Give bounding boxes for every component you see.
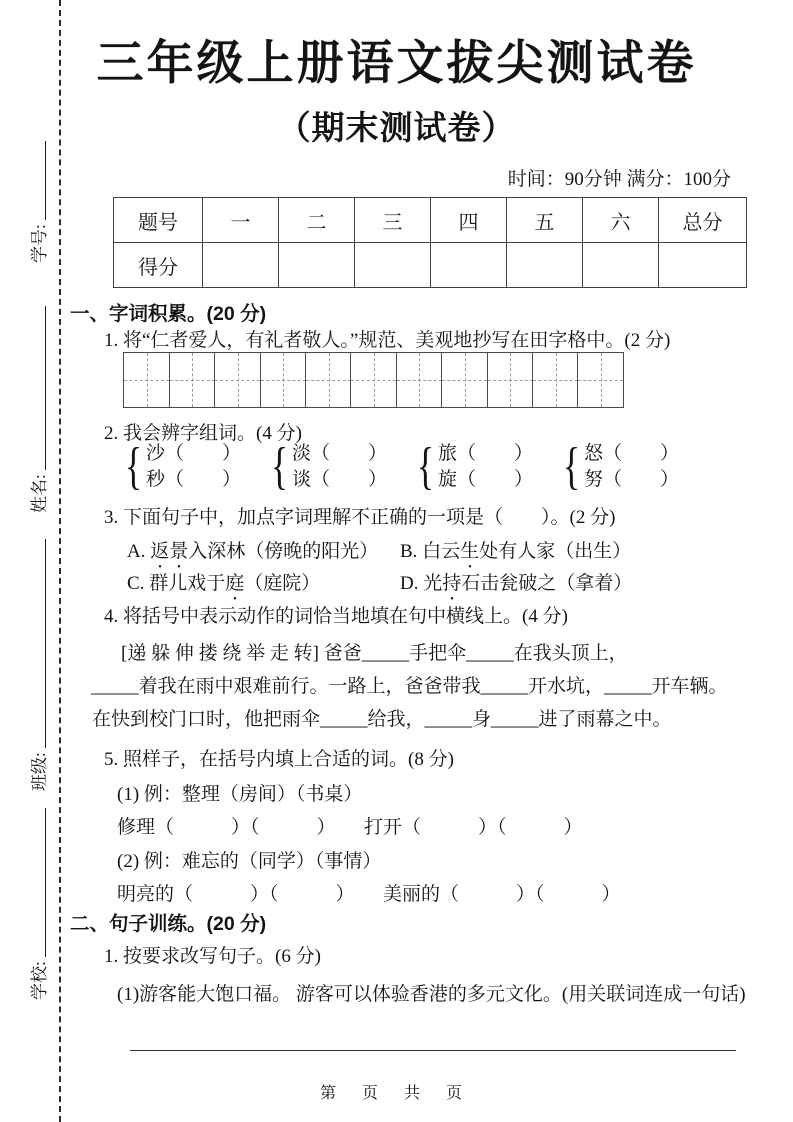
name-write-line — [45, 306, 46, 470]
tian-grid-cell — [305, 352, 352, 408]
score-table-score-row: 得分 — [114, 243, 747, 288]
q2-word-bottom: 秒（ ） — [146, 467, 241, 493]
q2-word-top: 怒（ ） — [584, 441, 679, 467]
answer-write-line — [130, 1050, 736, 1051]
score-table-header-cell: 二 — [279, 198, 355, 243]
score-cell — [431, 243, 507, 288]
score-cell — [659, 243, 747, 288]
student-number-label: 学号: — [25, 224, 50, 263]
option-letter: D. — [400, 573, 423, 594]
score-cell — [583, 243, 659, 288]
q2-word-bottom: 旋（ ） — [438, 467, 533, 493]
sidebar-field-class: 班级: — [10, 539, 50, 791]
section2-q1-text: 1. 按要求改写句子。(6 分) — [104, 941, 321, 968]
score-table-header-cell: 题号 — [114, 198, 203, 243]
tian-grid-cell — [169, 352, 216, 408]
section2-heading: 二、句子训练。(20 分) — [70, 908, 266, 936]
class-write-line — [45, 539, 46, 748]
tian-grid-cell — [532, 352, 579, 408]
tian-zi-ge-grid — [125, 352, 624, 408]
tian-grid-cell — [350, 352, 397, 408]
q5-fill-line: 明亮的（ ）（ ） 美丽的（ ）（ ） — [117, 879, 621, 906]
q2-word-top: 旅（ ） — [438, 441, 533, 467]
tian-grid-cell — [441, 352, 488, 408]
q2-brace-group: { 旅（ ） 旋（ ） — [414, 441, 533, 493]
section2-q1-sub-text: (1)游客能大饱口福。 游客可以体验香港的多元文化。(用关联词连成一句话) — [117, 979, 746, 1006]
q2-brace-group: { 沙（ ） 秒（ ） — [122, 441, 241, 493]
score-table-header-cell: 五 — [507, 198, 583, 243]
student-number-write-line — [45, 141, 46, 220]
brace-glyph: { — [125, 439, 142, 495]
tian-grid-cell — [577, 352, 624, 408]
school-label: 学校: — [25, 961, 50, 1000]
score-cell — [355, 243, 431, 288]
score-table-header-cell: 六 — [583, 198, 659, 243]
q2-word-top: 沙（ ） — [146, 441, 241, 467]
score-table-header-cell: 四 — [431, 198, 507, 243]
q2-word-top: 淡（ ） — [292, 441, 387, 467]
emphasized-chars: 生 — [460, 541, 479, 562]
q5-fill-line: 修理（ ）（ ） 打开（ ）（ ） — [117, 812, 583, 839]
exam-time-score-info: 时间：90分钟 满分：100分 — [508, 164, 731, 191]
exam-paper-page: 学号: 姓名: 班级: 学校: 三年级上册语文拔尖测试卷 （期末测试卷） 时间：… — [0, 0, 793, 1122]
q4-fill-line: 在快到校门口时，他把雨伞_____给我，_____身_____进了雨幕之中。 — [92, 704, 672, 731]
q3-option-c: C. 群儿戏于庭（庭院） — [127, 568, 320, 605]
option-letter: C. — [127, 573, 149, 594]
score-cell — [507, 243, 583, 288]
q3-option-d: D. 光持石击瓮破之（拿着） — [400, 568, 632, 605]
margin-dashed-divider — [59, 0, 61, 1122]
tian-grid-cell — [487, 352, 534, 408]
sidebar-field-student-number: 学号: — [10, 141, 50, 263]
score-table-header-cell: 三 — [355, 198, 431, 243]
q5-example-line: (2) 例：难忘的（同学）（事情） — [117, 846, 381, 873]
section1-q4-text: 4. 将括号中表示动作的词恰当地填在句中横线上。(4 分) — [104, 601, 568, 628]
score-table-header-cell: 一 — [203, 198, 279, 243]
q2-word-bottom: 努（ ） — [584, 467, 679, 493]
score-table-header-cell: 总分 — [659, 198, 747, 243]
emphasized-chars: 庭 — [225, 573, 244, 594]
section1-q1-text: 1. 将“仁者爱人，有礼者敬人。”规范、美观地抄写在田字格中。(2 分) — [104, 325, 670, 352]
section1-q3-text: 3. 下面句子中，加点字词理解不正确的一项是（ ）。(2 分) — [104, 502, 615, 529]
section1-q5-text: 5. 照样子，在括号内填上合适的词。(8 分) — [104, 744, 454, 771]
name-label: 姓名: — [25, 474, 50, 513]
option-letter: A. — [127, 541, 150, 562]
section1-heading: 一、字词积累。(20 分) — [70, 298, 266, 326]
score-cell — [279, 243, 355, 288]
page-footer: 第 页 共 页 — [0, 1080, 793, 1103]
tian-grid-cell — [214, 352, 261, 408]
sidebar-field-school: 学校: — [10, 808, 50, 1000]
q4-fill-line: [递 躲 伸 搂 绕 举 走 转] 爸爸_____手把伞_____在我头顶上， — [121, 638, 628, 665]
emphasized-chars: 持 — [442, 573, 461, 594]
score-cell — [203, 243, 279, 288]
tian-grid-cell — [260, 352, 307, 408]
sidebar-field-name: 姓名: — [10, 306, 50, 513]
page-subtitle: （期末测试卷） — [0, 102, 793, 149]
q2-word-bottom: 谈（ ） — [292, 467, 387, 493]
q2-brace-group: { 怒（ ） 努（ ） — [560, 441, 679, 493]
option-letter: B. — [400, 541, 422, 562]
brace-glyph: { — [271, 439, 288, 495]
q5-example-line: (1) 例：整理（房间）（书桌） — [117, 779, 362, 806]
q4-fill-line: _____着我在雨中艰难前行。一路上，爸爸带我_____开水坑，_____开车辆… — [91, 671, 728, 698]
q2-brace-group: { 淡（ ） 谈（ ） — [268, 441, 387, 493]
tian-grid-cell — [123, 352, 170, 408]
score-table: 题号 一 二 三 四 五 六 总分 得分 — [113, 197, 747, 288]
emphasized-chars: 返景 — [150, 541, 188, 562]
school-write-line — [45, 808, 46, 957]
tian-grid-cell — [396, 352, 443, 408]
brace-glyph: { — [417, 439, 434, 495]
class-label: 班级: — [25, 752, 50, 791]
score-table-header-row: 题号 一 二 三 四 五 六 总分 — [114, 198, 747, 243]
brace-glyph: { — [563, 439, 580, 495]
score-row-label: 得分 — [114, 243, 203, 288]
page-title: 三年级上册语文拔尖测试卷 — [0, 26, 793, 93]
